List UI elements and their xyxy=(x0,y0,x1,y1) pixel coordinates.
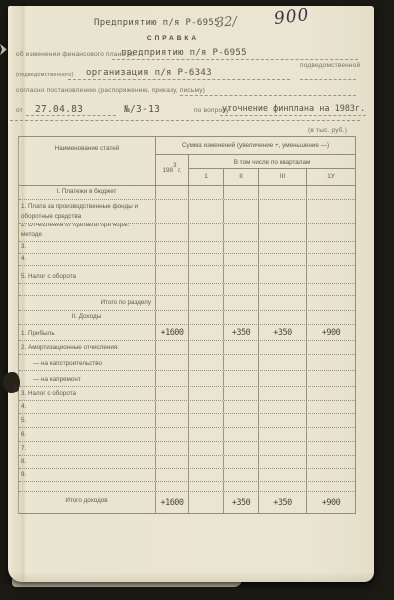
row-value xyxy=(156,456,189,468)
row-value xyxy=(259,311,307,324)
row-label: — на капремонт xyxy=(19,371,156,386)
table-row: II. Доходы xyxy=(19,311,355,325)
row-value xyxy=(224,200,259,223)
table-row xyxy=(19,284,355,296)
row-label: 4. xyxy=(19,401,156,413)
row-value xyxy=(224,224,259,241)
row-label: 9. xyxy=(19,469,156,481)
row-value xyxy=(307,442,355,455)
row-value xyxy=(259,482,307,491)
topic-value: уточнение финплана на 1983г. xyxy=(222,104,365,114)
row-value xyxy=(259,284,307,295)
row-value xyxy=(307,401,355,413)
row-value xyxy=(307,311,355,324)
row-value xyxy=(156,296,189,310)
row-value xyxy=(156,469,189,481)
row-value xyxy=(189,186,224,199)
row-value xyxy=(189,414,224,427)
row-value xyxy=(307,371,355,386)
row-value xyxy=(224,355,259,370)
row-value xyxy=(156,284,189,295)
row-value xyxy=(189,371,224,386)
table-row: — на капремонт xyxy=(19,371,355,387)
row-value xyxy=(224,296,259,310)
column-header-quarters: В том числе по кварталам xyxy=(189,155,355,169)
row-value xyxy=(156,200,189,223)
row-value xyxy=(307,341,355,354)
table-row: Итого по разделу xyxy=(19,296,355,311)
financial-table: Наименование статей Сумма изменений (уве… xyxy=(18,136,356,514)
row-value xyxy=(156,311,189,324)
row-value xyxy=(189,311,224,324)
row-value xyxy=(307,469,355,481)
row-value xyxy=(224,186,259,199)
row-value xyxy=(259,266,307,283)
row-label: 5. xyxy=(19,414,156,427)
blank-line xyxy=(26,115,116,116)
table-header: Наименование статей Сумма изменений (уве… xyxy=(19,137,355,186)
row-value xyxy=(189,296,224,310)
row-value xyxy=(189,284,224,295)
row-value xyxy=(259,254,307,265)
row-value xyxy=(259,428,307,441)
row-label: — на капстроительство xyxy=(19,355,156,370)
row-value: +350 xyxy=(224,492,259,513)
row-value xyxy=(224,341,259,354)
table-row: 6. xyxy=(19,428,355,442)
row-value xyxy=(156,254,189,265)
row-value xyxy=(189,266,224,283)
row-value xyxy=(259,186,307,199)
row-label: 3. Налог с оборота xyxy=(19,387,156,400)
form-line2-right-label: подведомственной xyxy=(300,62,360,69)
row-value xyxy=(189,200,224,223)
row-value xyxy=(224,387,259,400)
form-line1-value: предприятию п/я Р-6955 xyxy=(121,48,247,58)
row-value xyxy=(259,442,307,455)
table-row: 1. Прибыль+1600+350+350+900 xyxy=(19,325,355,341)
row-value xyxy=(259,387,307,400)
form-line3-label: согласно постановлению (распоряжению, пр… xyxy=(16,87,205,94)
row-value xyxy=(307,242,355,253)
row-value xyxy=(189,355,224,370)
row-value xyxy=(259,371,307,386)
row-value xyxy=(259,401,307,413)
table-body: I. Платежи в бюджет1. Плата за производс… xyxy=(19,186,355,513)
row-value xyxy=(307,482,355,491)
form-line2-value: организация п/я Р-6343 xyxy=(86,68,212,78)
table-row: 9. xyxy=(19,469,355,482)
row-label: 5. Налог с оборота xyxy=(19,266,156,283)
table-row xyxy=(19,482,355,492)
row-label xyxy=(19,482,156,491)
column-header-q3: III xyxy=(259,169,307,185)
row-label: 4. xyxy=(19,254,156,265)
row-value xyxy=(189,224,224,241)
row-value xyxy=(156,442,189,455)
row-value xyxy=(189,242,224,253)
row-value xyxy=(189,387,224,400)
document-page: Предприятию п/я Р-6955 32/ 900 СПРАВКА о… xyxy=(8,6,374,582)
date-value: 27.04.83 xyxy=(35,104,83,115)
row-value xyxy=(224,266,259,283)
document-title: СПРАВКА xyxy=(128,35,218,42)
table-row: 5. Налог с оборота xyxy=(19,266,355,284)
row-label: 2. Амортизационные отчисления: xyxy=(19,341,156,354)
row-value xyxy=(307,296,355,310)
row-value xyxy=(156,414,189,427)
row-value xyxy=(224,469,259,481)
row-value xyxy=(189,469,224,481)
row-value xyxy=(259,355,307,370)
row-value xyxy=(307,428,355,441)
form-line1-label: об изменении финансового плана по xyxy=(16,51,135,58)
table-row: 3. xyxy=(19,242,355,254)
row-value xyxy=(156,186,189,199)
units-note: (в тыс. руб.) xyxy=(308,127,347,134)
row-label: I. Платежи в бюджет xyxy=(19,186,156,199)
separator-line xyxy=(10,120,360,121)
row-value xyxy=(259,296,307,310)
row-label: 2. Отчисления от прибыли при норм. метод… xyxy=(19,224,156,241)
blank-line xyxy=(220,115,366,116)
row-label: II. Доходы xyxy=(19,311,156,324)
row-value xyxy=(307,186,355,199)
row-value xyxy=(189,401,224,413)
row-value xyxy=(156,482,189,491)
handwritten-ink-number: 900 xyxy=(273,5,311,29)
page-fold-mark xyxy=(0,44,7,55)
row-value xyxy=(189,428,224,441)
row-value xyxy=(156,387,189,400)
handwritten-number: 32/ xyxy=(216,14,238,30)
row-label: 1. Плата за производственные фонды и обо… xyxy=(19,200,156,223)
addressee-line: Предприятию п/я Р-6955 xyxy=(94,18,220,28)
row-value xyxy=(156,428,189,441)
table-row: 3. Налог с оборота xyxy=(19,387,355,401)
ink-stain xyxy=(3,372,20,393)
table-row: Итого доходов+1600+350+350+900 xyxy=(19,492,355,513)
row-value xyxy=(307,456,355,468)
row-value xyxy=(224,442,259,455)
row-value xyxy=(224,401,259,413)
blank-line xyxy=(68,79,290,80)
row-value xyxy=(189,456,224,468)
blank-line xyxy=(180,95,356,96)
row-value: +1600 xyxy=(156,492,189,513)
table-row: 1. Плата за производственные фонды и обо… xyxy=(19,200,355,224)
row-value xyxy=(259,200,307,223)
row-value: +900 xyxy=(307,325,355,340)
row-value xyxy=(156,355,189,370)
row-value xyxy=(224,482,259,491)
row-value: +1600 xyxy=(156,325,189,340)
row-label: Итого доходов xyxy=(19,492,156,513)
row-value xyxy=(307,355,355,370)
row-value xyxy=(156,371,189,386)
date-label: от xyxy=(16,107,23,114)
row-value xyxy=(189,325,224,340)
row-value xyxy=(307,284,355,295)
row-value xyxy=(224,284,259,295)
blank-line xyxy=(112,59,358,60)
table-row: 4. xyxy=(19,401,355,414)
row-value xyxy=(156,401,189,413)
row-value xyxy=(189,482,224,491)
table-row: 2. Амортизационные отчисления: xyxy=(19,341,355,355)
row-value xyxy=(259,469,307,481)
column-header-sum: Сумма изменений (увеличение +, уменьшени… xyxy=(156,137,355,155)
table-row: 2. Отчисления от прибыли при норм. метод… xyxy=(19,224,355,242)
row-value: +350 xyxy=(224,325,259,340)
row-value xyxy=(189,341,224,354)
row-value xyxy=(307,266,355,283)
row-value xyxy=(224,414,259,427)
row-value: +900 xyxy=(307,492,355,513)
row-value xyxy=(224,254,259,265)
column-header-year: 1983 г. xyxy=(156,155,189,185)
table-row: 7. xyxy=(19,442,355,456)
document-number: №/3-13 xyxy=(124,104,160,115)
column-header-q2: II xyxy=(224,169,259,185)
row-value xyxy=(307,224,355,241)
column-header-q1: 1 xyxy=(189,169,224,185)
row-value xyxy=(259,414,307,427)
table-row: 4. xyxy=(19,254,355,266)
row-value xyxy=(189,442,224,455)
row-value xyxy=(259,341,307,354)
row-label: Итого по разделу xyxy=(19,296,156,310)
photo-background: Предприятию п/я Р-6955 32/ 900 СПРАВКА о… xyxy=(0,0,394,600)
row-value xyxy=(259,224,307,241)
year-suffix: г. xyxy=(176,167,181,174)
row-label: 6. xyxy=(19,428,156,441)
table-row: — на капстроительство xyxy=(19,355,355,371)
row-value xyxy=(307,254,355,265)
table-row: 5. xyxy=(19,414,355,428)
row-value: +350 xyxy=(259,325,307,340)
row-label xyxy=(19,284,156,295)
year-prefix: 198 xyxy=(163,167,174,174)
row-label: 3. xyxy=(19,242,156,253)
form-line2-label: (подведомственного) xyxy=(16,72,74,78)
row-value xyxy=(307,387,355,400)
row-value xyxy=(224,242,259,253)
row-label: 1. Прибыль xyxy=(19,325,156,340)
row-value xyxy=(156,341,189,354)
year-digit: 3 xyxy=(173,163,176,169)
row-value: +350 xyxy=(259,492,307,513)
row-value xyxy=(224,456,259,468)
row-value xyxy=(156,266,189,283)
row-label: 8. xyxy=(19,456,156,468)
row-value xyxy=(156,224,189,241)
row-value xyxy=(307,414,355,427)
row-value xyxy=(189,254,224,265)
row-value xyxy=(259,242,307,253)
row-value xyxy=(224,371,259,386)
row-value xyxy=(259,456,307,468)
table-row: 8. xyxy=(19,456,355,469)
column-header-name: Наименование статей xyxy=(19,137,156,185)
row-value xyxy=(224,428,259,441)
column-header-q4: 1У xyxy=(307,169,355,185)
row-value xyxy=(189,492,224,513)
row-value xyxy=(307,200,355,223)
blank-line xyxy=(300,79,356,80)
row-label: 7. xyxy=(19,442,156,455)
table-row: I. Платежи в бюджет xyxy=(19,186,355,200)
row-value xyxy=(156,242,189,253)
row-value xyxy=(224,311,259,324)
